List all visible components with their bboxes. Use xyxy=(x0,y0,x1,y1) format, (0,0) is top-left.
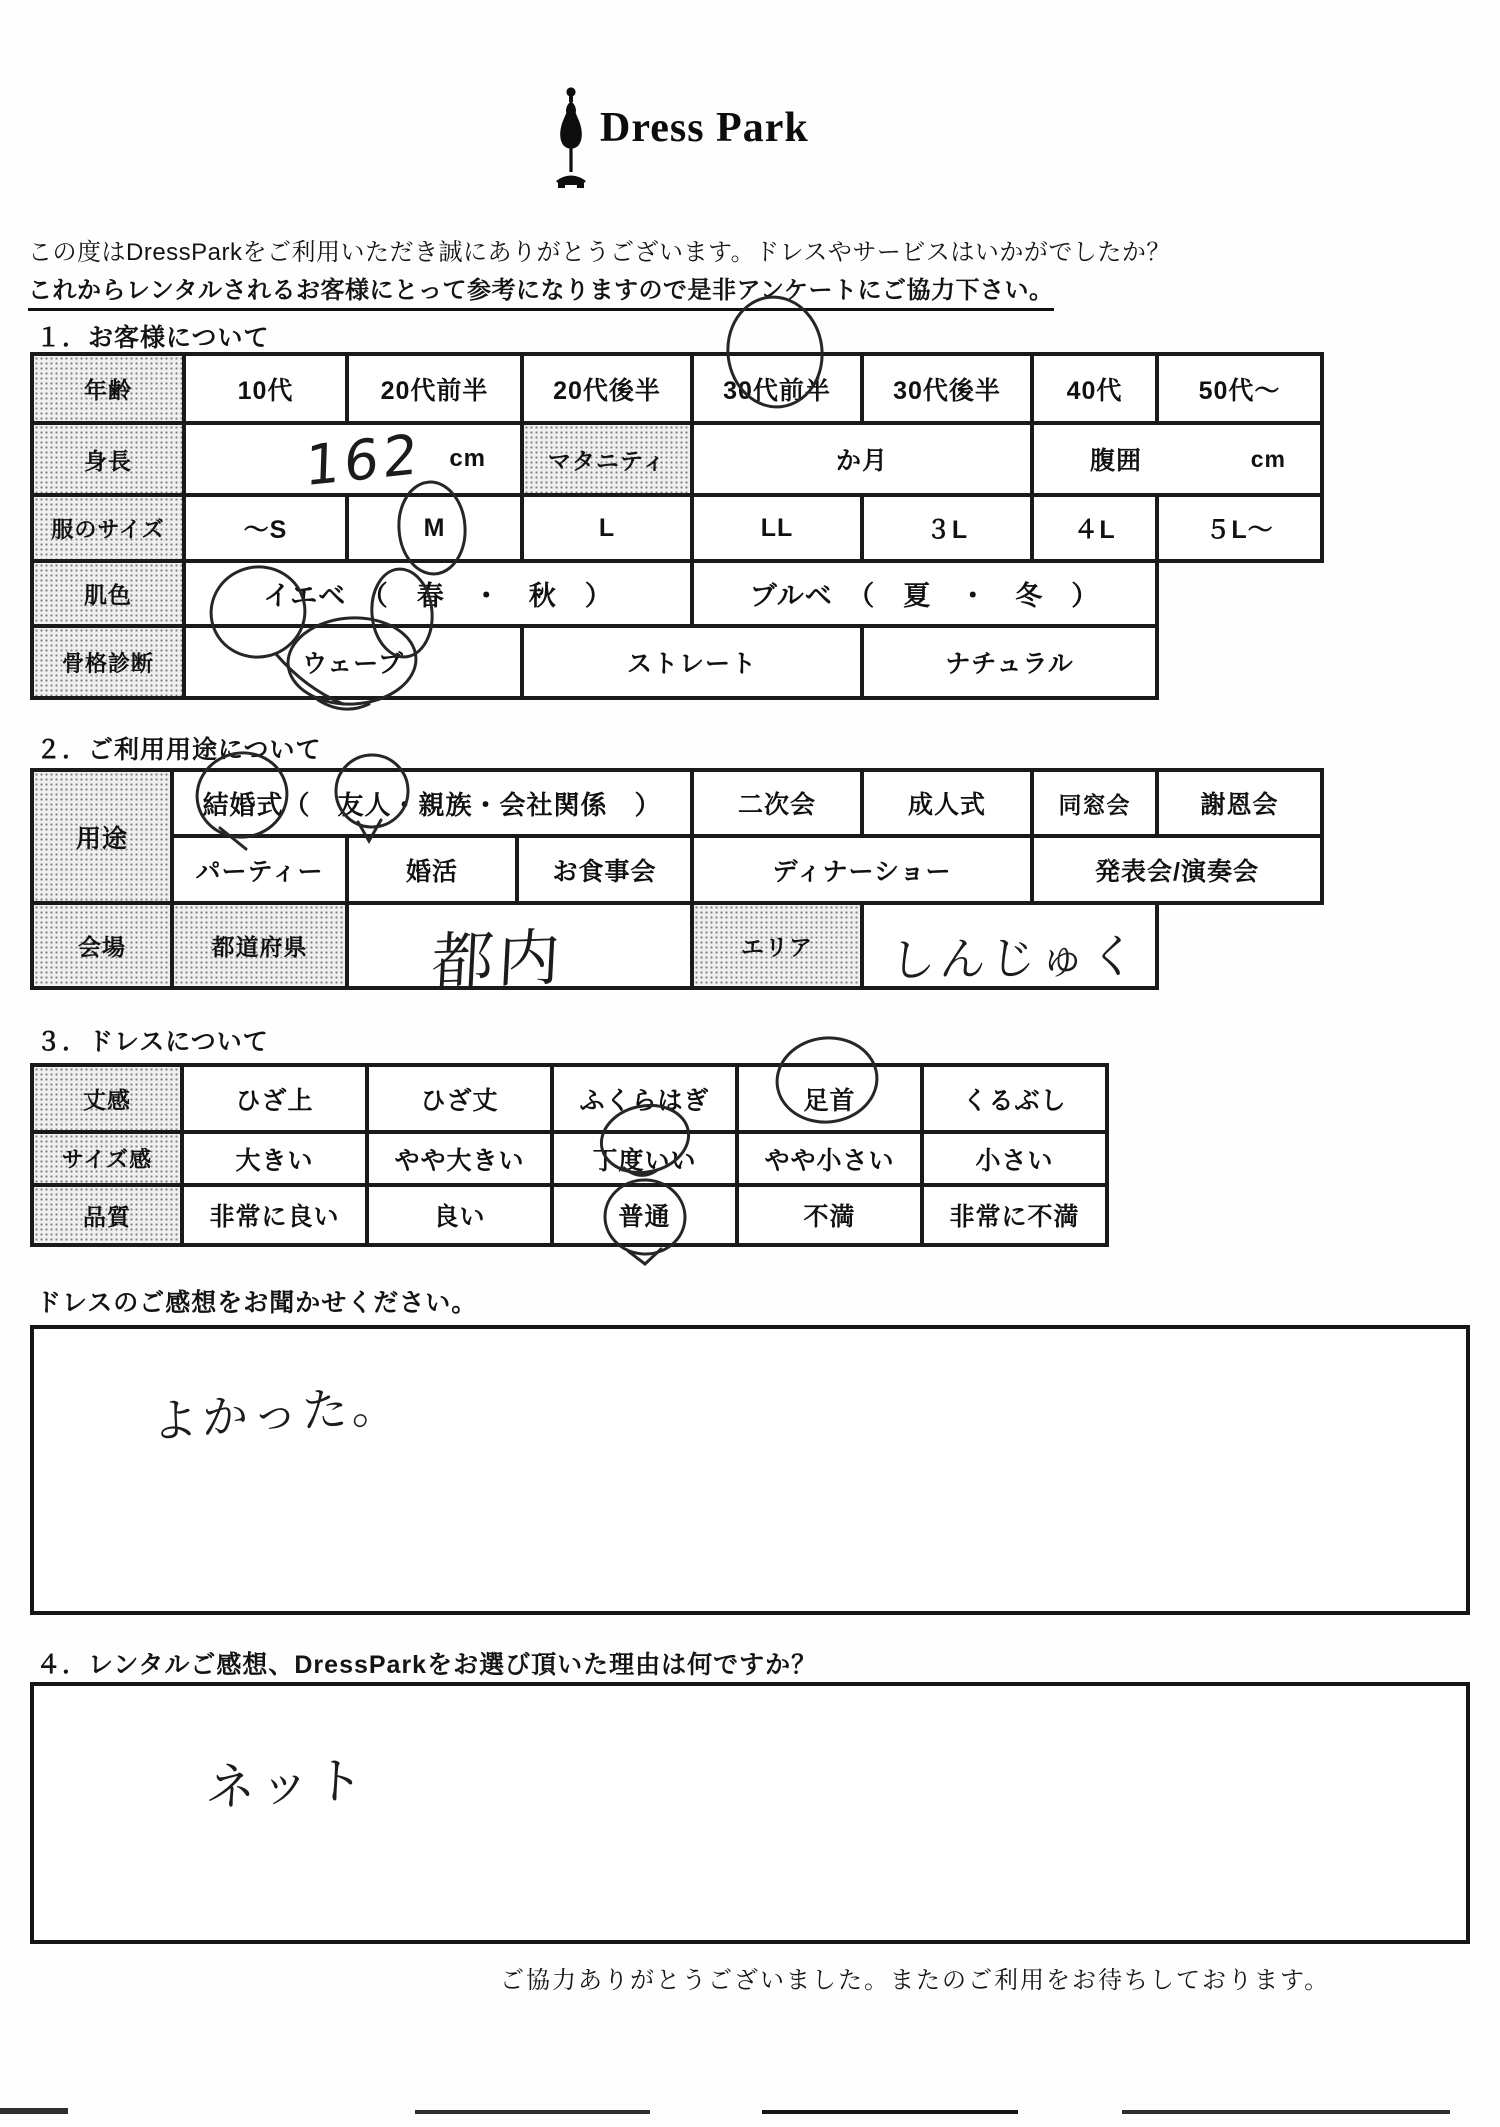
dress-length-row: 丈感 ひざ上 ひざ丈 ふくらはぎ 足首 くるぶし xyxy=(30,1063,1105,1134)
purpose-option-dinner-meetup[interactable]: お食事会 xyxy=(515,834,694,905)
length-option-above-knee[interactable]: ひざ上 xyxy=(180,1063,369,1134)
height-row-label: 身長 xyxy=(30,421,186,497)
fit-option-big[interactable]: 大きい xyxy=(180,1130,369,1187)
age-option-20s-early[interactable]: 20代前半 xyxy=(345,352,524,425)
purpose-option-thanks-party[interactable]: 謝恩会 xyxy=(1155,768,1324,838)
quality-option-very-good[interactable]: 非常に良い xyxy=(180,1183,369,1247)
section2-heading: ２．ご利用用途について xyxy=(36,730,322,766)
clothing-size-label: 服のサイズ xyxy=(30,493,186,563)
circle-quality-normal-tail xyxy=(628,1249,661,1264)
size-option-m[interactable]: M xyxy=(345,493,524,563)
page-bottom-scan-line xyxy=(0,2108,68,2114)
purpose-option-coming-of-age[interactable]: 成人式 xyxy=(860,768,1034,838)
age-option-20s-late[interactable]: 20代後半 xyxy=(520,352,694,425)
size-option-4l[interactable]: ４L xyxy=(1030,493,1159,563)
waist-cell[interactable]: 腹囲 cm xyxy=(1030,421,1324,497)
purpose-row-2: パーティー 婚活 お食事会 ディナーショー 発表会/演奏会 xyxy=(170,834,1320,905)
age-row: 年齢 10代 20代前半 20代後半 30代前半 30代後半 40代 50代～ xyxy=(30,352,1320,425)
size-option-5l[interactable]: ５L～ xyxy=(1155,493,1324,563)
intro-thanks-line: この度はDressParkをご利用いただき誠にありがとうございます。ドレスやサー… xyxy=(28,232,1171,267)
size-option-l[interactable]: L xyxy=(520,493,694,563)
footer-thanks-text: ご協力ありがとうございました。またのご利用をお待ちしております。 xyxy=(500,1960,1330,1995)
fit-option-small[interactable]: 小さい xyxy=(920,1130,1109,1187)
skin-option-cool[interactable]: ブルベ （ 夏 ・ 冬 ） xyxy=(690,559,1159,628)
quality-option-good[interactable]: 良い xyxy=(365,1183,554,1247)
quality-label: 品質 xyxy=(30,1183,184,1247)
waist-unit-label: cm xyxy=(1251,446,1286,473)
quality-option-very-unsatisfied[interactable]: 非常に不満 xyxy=(920,1183,1109,1247)
purpose-option-reunion[interactable]: 同窓会 xyxy=(1030,768,1159,838)
quality-option-unsatisfied[interactable]: 不満 xyxy=(735,1183,924,1247)
page-bottom-scan-line xyxy=(1122,2110,1450,2114)
purpose-row-label: 用途 xyxy=(30,768,174,905)
page-bottom-scan-line xyxy=(415,2110,650,2114)
age-option-50s[interactable]: 50代～ xyxy=(1155,352,1324,425)
purpose-option-wedding[interactable]: 結婚式（ 友人・親族・会社関係 ） xyxy=(170,768,694,838)
frame-option-wave[interactable]: ウェーブ xyxy=(182,624,524,700)
skin-option-warm[interactable]: イエベ （ 春 ・ 秋 ） xyxy=(182,559,694,628)
brand-wordmark: Dress Park xyxy=(600,104,809,152)
size-feel-row: サイズ感 大きい やや大きい 丁度いい やや小さい 小さい xyxy=(30,1130,1105,1187)
handwritten-rental-reason: ネット xyxy=(204,1740,370,1821)
handwritten-height-value: 162 xyxy=(304,422,423,499)
scanned-survey-page: Dress Park この度はDressParkをご利用いただき誠にありがとうご… xyxy=(0,0,1500,2127)
circle-wave-tail xyxy=(318,700,369,709)
age-option-40s[interactable]: 40代 xyxy=(1030,352,1159,425)
age-option-30s-late[interactable]: 30代後半 xyxy=(860,352,1034,425)
intro-request-line: これからレンタルされるお客様にとって参考になりますので是非アンケートにご協力下さ… xyxy=(28,270,1054,311)
fit-option-just-right[interactable]: 丁度いい xyxy=(550,1130,739,1187)
frame-diagnosis-row: 骨格診断 ウェーブ ストレート ナチュラル xyxy=(30,624,1155,700)
size-feel-label: サイズ感 xyxy=(30,1130,184,1187)
dress-feedback-box[interactable]: よかった。 xyxy=(30,1325,1470,1615)
section4-heading: ４．レンタルご感想、DressParkをお選び頂いた理由は何ですか？ xyxy=(36,1645,817,1681)
size-option-ll[interactable]: LL xyxy=(690,493,864,563)
handwritten-area-value: しんじゅく xyxy=(888,920,1141,990)
length-option-knee[interactable]: ひざ丈 xyxy=(365,1063,554,1134)
maternity-label: マタニティ xyxy=(520,421,694,497)
dress-length-label: 丈感 xyxy=(30,1063,184,1134)
fit-option-slightly-small[interactable]: やや小さい xyxy=(735,1130,924,1187)
frame-diagnosis-label: 骨格診断 xyxy=(30,624,186,700)
handwritten-prefecture-value: 都内 xyxy=(430,908,567,1002)
dress-mannequin-icon xyxy=(548,86,594,190)
purpose-option-konkatsu[interactable]: 婚活 xyxy=(345,834,519,905)
size-option-s[interactable]: ～S xyxy=(182,493,349,563)
length-option-calf[interactable]: ふくらはぎ xyxy=(550,1063,739,1134)
skin-tone-row: 肌色 イエベ （ 春 ・ 秋 ） ブルベ （ 夏 ・ 冬 ） xyxy=(30,559,1155,628)
section3-heading: ３．ドレスについて xyxy=(36,1022,269,1058)
section1-heading: １．お客様について xyxy=(36,318,270,354)
fit-option-slightly-big[interactable]: やや大きい xyxy=(365,1130,554,1187)
months-unit-label: か月 xyxy=(836,441,888,477)
purpose-option-afterparty[interactable]: 二次会 xyxy=(690,768,864,838)
clothing-size-row: 服のサイズ ～S M L LL ３L ４L ５L～ xyxy=(30,493,1320,563)
purpose-option-party[interactable]: パーティー xyxy=(170,834,349,905)
venue-row-label: 会場 xyxy=(30,901,174,990)
prefecture-label: 都道府県 xyxy=(170,901,349,990)
rental-reason-box[interactable]: ネット xyxy=(30,1682,1470,1944)
frame-option-natural[interactable]: ナチュラル xyxy=(860,624,1159,700)
quality-option-normal[interactable]: 普通 xyxy=(550,1183,739,1247)
dress-feedback-prompt: ドレスのご感想をお聞かせください。 xyxy=(36,1283,477,1319)
length-option-ankle[interactable]: 足首 xyxy=(735,1063,924,1134)
waist-label: 腹囲 xyxy=(1090,441,1142,477)
skin-tone-label: 肌色 xyxy=(30,559,186,628)
page-bottom-scan-line xyxy=(762,2110,1018,2114)
age-option-30s-early[interactable]: 30代前半 xyxy=(690,352,864,425)
height-unit-label: cm xyxy=(449,445,486,473)
handwritten-dress-feedback: よかった。 xyxy=(152,1368,401,1452)
maternity-months-cell[interactable]: か月 xyxy=(690,421,1034,497)
age-row-label: 年齢 xyxy=(30,352,186,425)
purpose-option-recital[interactable]: 発表会/演奏会 xyxy=(1030,834,1324,905)
area-label: エリア xyxy=(690,901,864,990)
size-option-3l[interactable]: ３L xyxy=(860,493,1034,563)
age-option-10s[interactable]: 10代 xyxy=(182,352,349,425)
length-option-anklebone[interactable]: くるぶし xyxy=(920,1063,1109,1134)
quality-row: 品質 非常に良い 良い 普通 不満 非常に不満 xyxy=(30,1183,1105,1247)
height-row: 身長 cm マタニティ か月 腹囲 cm xyxy=(30,421,1320,497)
purpose-row-1: 結婚式（ 友人・親族・会社関係 ） 二次会 成人式 同窓会 謝恩会 xyxy=(170,768,1320,838)
purpose-option-dinner-show[interactable]: ディナーショー xyxy=(690,834,1034,905)
frame-option-straight[interactable]: ストレート xyxy=(520,624,864,700)
